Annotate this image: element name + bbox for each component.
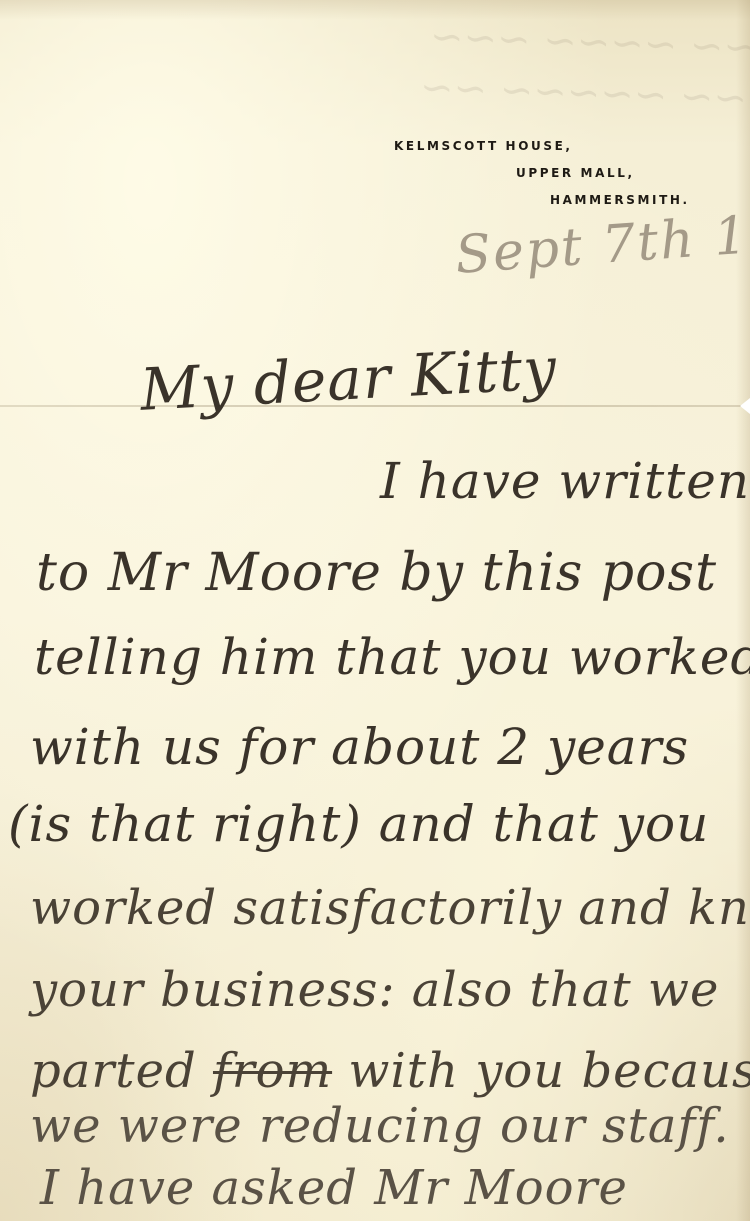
- struck-word: from: [213, 1043, 332, 1099]
- body-line: parted from with you because: [30, 1043, 750, 1099]
- bleed-through-ink: ~~~ ~~~~ ~~~: [429, 14, 750, 73]
- bleed-through-ink: ~~ ~~~~~ ~~: [419, 64, 747, 121]
- body-line: we were reducing our staff.: [30, 1098, 730, 1154]
- body-line: I have written: [380, 452, 750, 510]
- letterhead-line-1: KELMSCOTT HOUSE,: [394, 139, 573, 153]
- salutation: My dear Kitty: [139, 334, 559, 424]
- body-line: worked satisfactorily and knew: [30, 880, 750, 936]
- body-line: (is that right) and that you: [8, 795, 709, 853]
- body-line: I have asked Mr Moore: [40, 1160, 628, 1216]
- body-line: your business: also that we: [30, 962, 719, 1018]
- letterhead-line-2: UPPER MALL,: [516, 166, 635, 180]
- body-line: with us for about 2 years: [30, 718, 689, 776]
- body-line: telling him that you worked: [34, 628, 750, 686]
- letter-date: Sept 7th 1892: [453, 198, 750, 286]
- body-line: to Mr Moore by this post: [36, 543, 717, 603]
- paper-edge-notch: [740, 398, 750, 414]
- letter-page: ~~~ ~~~~ ~~~ ~~ ~~~~~ ~~ KELMSCOTT HOUSE…: [0, 0, 750, 1221]
- letterhead-line-3: HAMMERSMITH.: [550, 193, 690, 207]
- paper-edge-right: [736, 0, 750, 1221]
- paper-edge-top: [0, 0, 750, 20]
